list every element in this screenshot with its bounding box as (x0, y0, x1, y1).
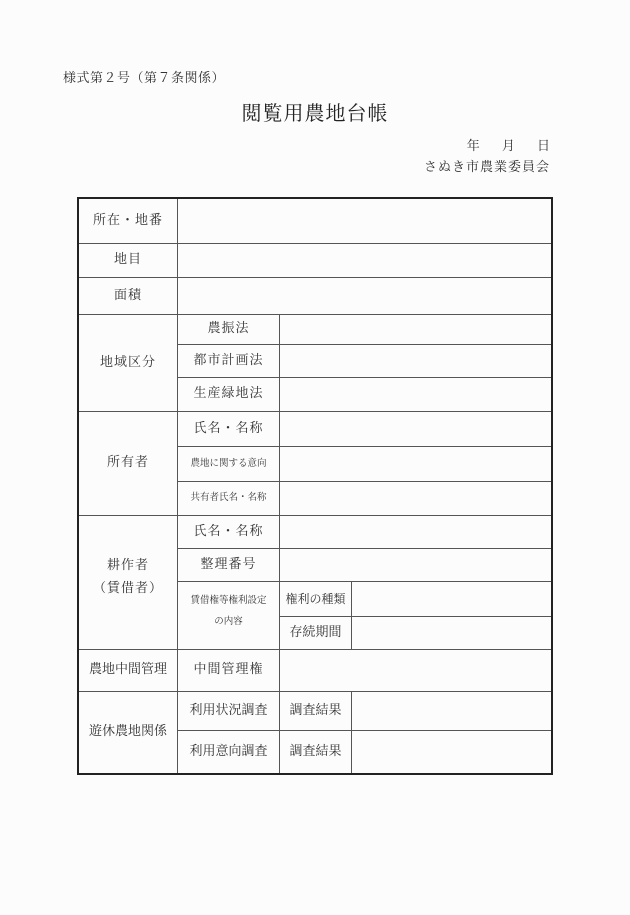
owner-label: 所有者 (79, 412, 177, 515)
land-category-value (178, 244, 551, 277)
zoning-label: 地域区分 (79, 315, 177, 411)
reference-number-label: 整理番号 (178, 549, 279, 581)
farmland-ledger-table: 所在・地番 地目 面積 地域区分 農振法 都市計画法 生産緑地法 所有者 氏名・… (77, 197, 553, 775)
location-label: 所在・地番 (79, 199, 177, 243)
owner-intent-label: 農地に関する意向 (178, 447, 279, 481)
cultivator-name-label: 氏名・名称 (178, 516, 279, 548)
cultivator-name-value (280, 516, 551, 548)
lease-details-label-line2: の内容 (214, 612, 243, 633)
duration-value (352, 617, 551, 649)
area-value (178, 278, 551, 314)
cultivator-label: 耕作者 （賃借者） (79, 516, 177, 649)
owner-name-value (280, 412, 551, 446)
lease-details-label: 賃借権等権利設定 の内容 (178, 582, 279, 649)
co-owner-name-label: 共有者氏名・名称 (178, 482, 279, 515)
right-type-value (352, 582, 551, 616)
date-line: 年 月 日 (467, 135, 550, 154)
zoning-agri-promotion-value (280, 315, 551, 344)
location-value (178, 199, 551, 243)
cultivator-label-line1: 耕作者 (107, 555, 149, 577)
zoning-city-planning-label: 都市計画法 (178, 345, 279, 377)
land-category-label: 地目 (79, 244, 177, 277)
intent-survey-result-label: 調査結果 (280, 731, 351, 773)
duration-label: 存続期間 (280, 617, 351, 649)
area-label: 面積 (79, 278, 177, 314)
co-owner-name-value (280, 482, 551, 515)
form-number: 様式第２号（第７条関係） (63, 67, 225, 86)
intent-survey-label: 利用意向調査 (178, 731, 279, 773)
owner-name-label: 氏名・名称 (178, 412, 279, 446)
zoning-green-space-value (280, 378, 551, 411)
owner-intent-value (280, 447, 551, 481)
idle-land-label: 遊休農地関係 (79, 692, 177, 773)
usage-survey-result-label: 調査結果 (280, 692, 351, 730)
intent-survey-result-value (352, 731, 551, 773)
lease-details-label-line1: 賃借権等権利設定 (190, 591, 266, 612)
zoning-agri-promotion-label: 農振法 (178, 315, 279, 344)
usage-survey-result-value (352, 692, 551, 730)
usage-survey-label: 利用状況調査 (178, 692, 279, 730)
cultivator-label-line2: （賃借者） (93, 578, 163, 600)
zoning-green-space-label: 生産緑地法 (178, 378, 279, 411)
intermediary-right-value (280, 650, 551, 691)
zoning-city-planning-value (280, 345, 551, 377)
issuer-name: さぬき市農業委員会 (424, 156, 550, 175)
right-type-label: 権利の種類 (280, 582, 351, 616)
page-title: 閲覧用農地台帳 (0, 97, 630, 126)
reference-number-value (280, 549, 551, 581)
intermediary-right-label: 中間管理権 (178, 650, 279, 691)
intermediary-label: 農地中間管理 (79, 650, 177, 691)
